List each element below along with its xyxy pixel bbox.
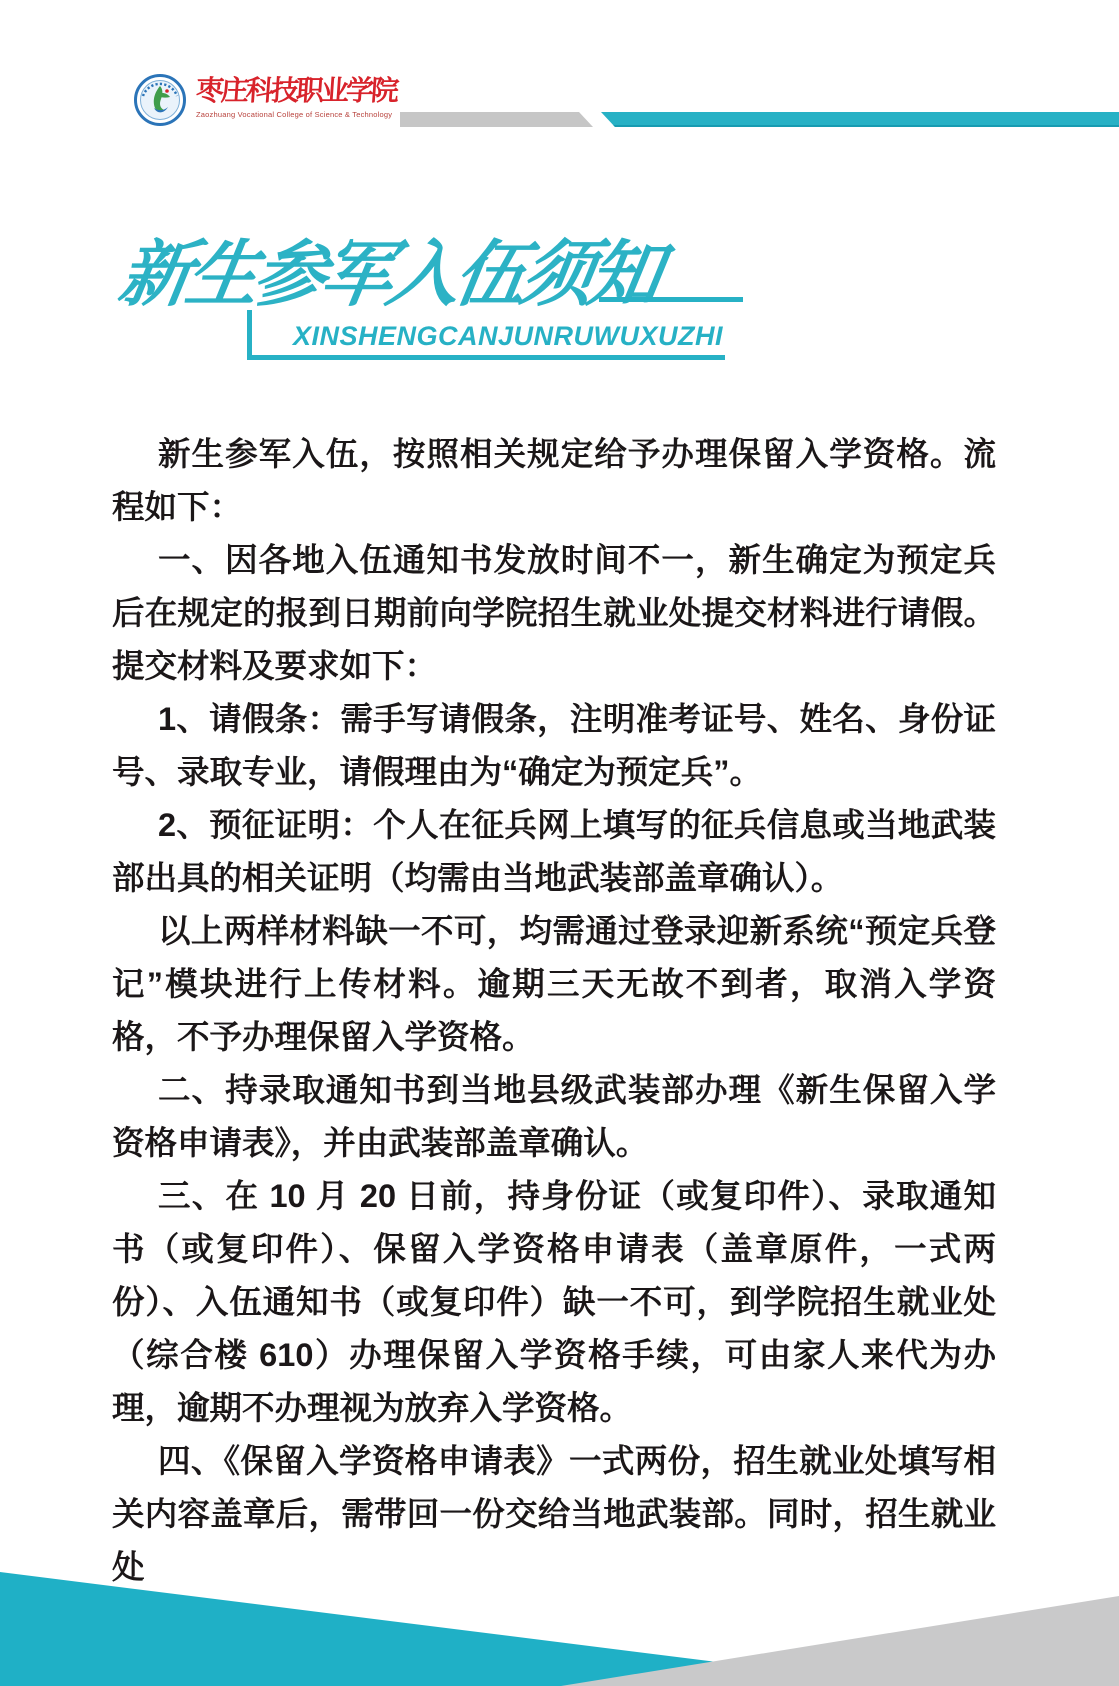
top-teal-bar-decoration [601, 112, 1119, 127]
top-gray-bar-decoration [400, 112, 593, 127]
college-name: 枣庄科技职业学院 Zaozhuang Vocational College of… [196, 74, 396, 119]
paragraph-step1: 一、因各地入伍通知书发放时间不一，新生确定为预定兵后在规定的报到日期前向学院招生… [112, 534, 996, 693]
college-logo: 枣庄科技职业学院 Zaozhuang Vocational College of… [134, 74, 396, 126]
bottom-right-gray-triangle-decoration [561, 1596, 1119, 1686]
page-title: 新生参军入伍须知 [113, 230, 663, 320]
paragraph-step3: 三、在 10 月 20 日前，持身份证（或复印件）、录取通知书（或复印件）、保留… [112, 1170, 996, 1435]
college-name-en: Zaozhuang Vocational College of Science … [196, 110, 396, 119]
college-emblem-icon [134, 74, 186, 126]
paragraph-upload-note: 以上两样材料缺一不可，均需通过登录迎新系统“预定兵登记”模块进行上传材料。逾期三… [112, 905, 996, 1064]
title-pinyin: XINSHENGCANJUNRUWUXUZHI [293, 321, 725, 355]
paragraph-item1: 1、请假条：需手写请假条，注明准考证号、姓名、身份证号、录取专业，请假理由为“确… [112, 693, 996, 799]
paragraph-intro: 新生参军入伍，按照相关规定给予办理保留入学资格。流程如下： [112, 428, 996, 534]
pinyin-box: XINSHENGCANJUNRUWUXUZHI [247, 310, 725, 360]
paragraph-item2: 2、预征证明：个人在征兵网上填写的征兵信息或当地武装部出具的相关证明（均需由当地… [112, 799, 996, 905]
paragraph-step4: 四、《保留入学资格申请表》一式两份，招生就业处填写相关内容盖章后，需带回一份交给… [112, 1435, 996, 1594]
title-underline-decoration [599, 297, 743, 302]
paragraph-step2: 二、持录取通知书到当地县级武装部办理《新生保留入学资格申请表》，并由武装部盖章确… [112, 1064, 996, 1170]
document-page: 枣庄科技职业学院 Zaozhuang Vocational College of… [0, 0, 1119, 1686]
college-name-cn: 枣庄科技职业学院 [195, 74, 397, 108]
body-text: 新生参军入伍，按照相关规定给予办理保留入学资格。流程如下： 一、因各地入伍通知书… [112, 428, 996, 1594]
